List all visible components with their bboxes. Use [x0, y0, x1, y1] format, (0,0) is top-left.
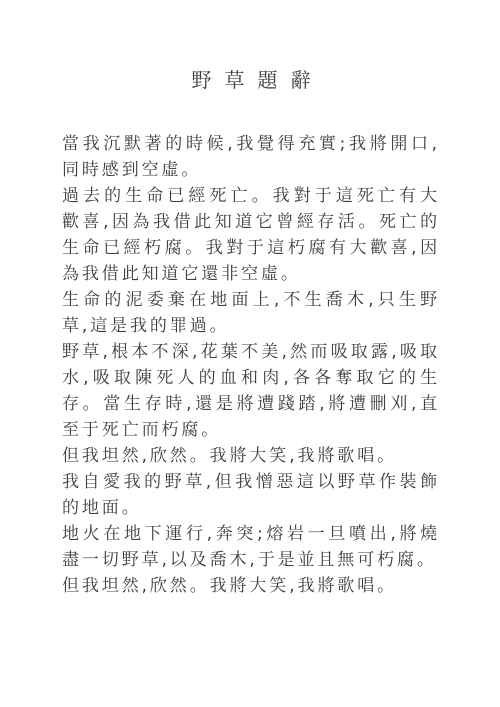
paragraph-6: 我自愛我的野草,但我憎惡這以野草作裝飾的地面。 — [62, 469, 440, 521]
paragraph-3: 生命的泥委棄在地面上,不生喬木,只生野草,這是我的罪過。 — [62, 287, 440, 339]
paragraph-1: 當我沉默著的時候,我覺得充實;我將開口,同時感到空虛。 — [62, 131, 440, 183]
paragraph-8: 但我坦然,欣然。我將大笑,我將歌唱。 — [62, 573, 440, 599]
document-body: 當我沉默著的時候,我覺得充實;我將開口,同時感到空虛。 過去的生命已經死亡。我對… — [62, 131, 440, 599]
paragraph-4: 野草,根本不深,花葉不美,然而吸取露,吸取水,吸取陳死人的血和肉,各各奪取它的生… — [62, 339, 440, 443]
document-page: 野草題辭 當我沉默著的時候,我覺得充實;我將開口,同時感到空虛。 過去的生命已經… — [0, 0, 500, 707]
paragraph-2: 過去的生命已經死亡。我對于這死亡有大歡喜,因為我借此知道它曾經存活。死亡的生命已… — [62, 183, 440, 287]
document-title: 野草題辭 — [62, 64, 440, 93]
paragraph-5: 但我坦然,欣然。我將大笑,我將歌唱。 — [62, 443, 440, 469]
paragraph-7: 地火在地下運行,奔突;熔岩一旦噴出,將燒盡一切野草,以及喬木,于是並且無可朽腐。 — [62, 521, 440, 573]
page-content: 野草題辭 當我沉默著的時候,我覺得充實;我將開口,同時感到空虛。 過去的生命已經… — [0, 0, 500, 599]
